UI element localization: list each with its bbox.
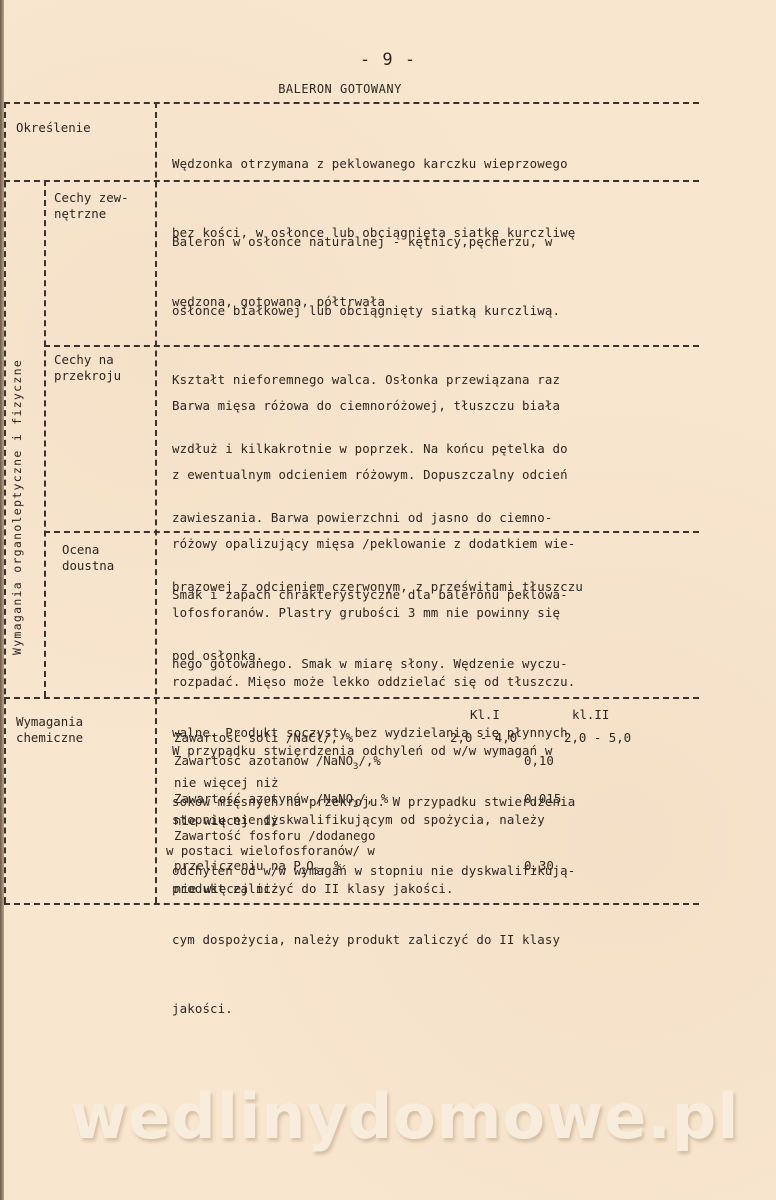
nitrate-row-label: Zawartość azotanów /NaNO3/,%nie więcej n… (174, 753, 381, 790)
salt-class1-value: 2,0 - 4,0 (450, 730, 517, 745)
text-line: cym dospożycia, należy produkt zaliczyć … (172, 928, 575, 951)
cross-section-label: Cechy na przekroju (54, 352, 121, 384)
watermark: wedlinydomowe.pl (70, 1080, 739, 1153)
nitrite-value: 0,015 (524, 791, 561, 806)
taste-label: Ocena doustna (62, 542, 114, 574)
text-line: Baleron w osłonce naturalnej - kętnicy,p… (172, 230, 583, 253)
phosphorus-limit-note: nie więcej niż (174, 881, 278, 896)
class2-header: kl.II (572, 707, 609, 722)
rule-top (4, 102, 699, 104)
definition-label: Określenie (16, 120, 91, 136)
salt-class2-value: 2,0 - 5,0 (564, 730, 631, 745)
page-number: - 9 - (0, 50, 776, 70)
document-title: BALERON GOTOWANY (0, 82, 680, 96)
text-line: Wędzonka otrzymana z peklowanego karczku… (172, 152, 575, 175)
class1-header: Kl.I (470, 707, 500, 722)
text-line: nego gotowanego. Smak w miarę słony. Węd… (172, 652, 575, 675)
text-line: Smak i zapach chrakterystyczne dla baler… (172, 583, 575, 606)
taste-text: Smak i zapach chrakterystyczne dla baler… (172, 537, 575, 1043)
phosphorus-row-label: Zawartość fosforu /dodanegow postaci wie… (166, 828, 375, 880)
phosphorus-value: 0,30 (524, 858, 554, 873)
rule-left (4, 102, 6, 903)
nitrate-value: 0,10 (524, 753, 554, 768)
rule-group-divider (44, 180, 46, 697)
rule-content-divider (155, 102, 157, 903)
chemical-label: Wymagania chemiczne (16, 714, 83, 746)
text-line: jakości. (172, 997, 575, 1020)
nitrite-row-label: Zawartość azotynów /NaNO2/, %nie więcej … (174, 791, 388, 828)
external-label: Cechy zew- nętrzne (54, 190, 129, 222)
text-line: Barwa mięsa różowa do ciemnoróżowej, tłu… (172, 394, 575, 417)
salt-row-label: Zawartość soli /NaCl/, % (174, 730, 353, 745)
organoleptic-group-label: Wymagania organoleptyczne i fizyczne (10, 359, 24, 655)
text-line: osłonce białkowej lub obciągnięty siatką… (172, 299, 583, 322)
text-line: z ewentualnym odcieniem różowym. Dopuszc… (172, 463, 575, 486)
